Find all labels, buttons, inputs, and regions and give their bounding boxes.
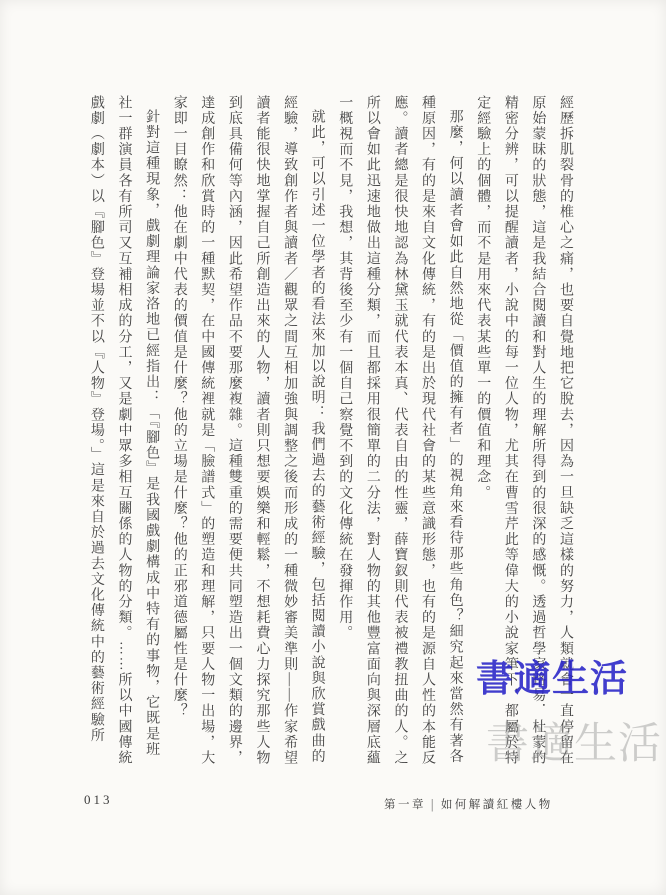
paragraph: 就此，可以引述一位學者的看法來加以說明：我們過去的藝術經驗，包括閱讀小說與欣賞戲… bbox=[165, 95, 331, 766]
paragraph-continuation: 經歷拆肌裂骨的椎心之痛，也要自覺地把它脫去，因為一旦缺乏這樣的努力，人類就會一直… bbox=[469, 95, 579, 766]
body-text: 經歷拆肌裂骨的椎心之痛，也要自覺地把它脫去，因為一旦缺乏這樣的努力，人類就會一直… bbox=[81, 95, 579, 766]
book-page: 經歷拆肌裂骨的椎心之痛，也要自覺地把它脫去，因為一旦缺乏這樣的努力，人類就會一直… bbox=[0, 0, 666, 895]
paragraph: 針對這種現象，戲劇理論家洛地已經指出：「『腳色』是我國戲劇構成中特有的事物，它既… bbox=[82, 95, 165, 766]
running-footer: 第一章|如何解讀紅樓人物 bbox=[384, 796, 553, 812]
chapter-title: 如何解讀紅樓人物 bbox=[441, 799, 553, 811]
page-number: 013 bbox=[84, 792, 113, 808]
paragraph: 那麼，何以讀者會如此自然地從「價值的擁有者」的視角來看待那些角色？細究起來當然有… bbox=[331, 95, 469, 766]
footer-separator-bar: | bbox=[431, 798, 436, 812]
chapter-label: 第一章 bbox=[384, 799, 426, 811]
